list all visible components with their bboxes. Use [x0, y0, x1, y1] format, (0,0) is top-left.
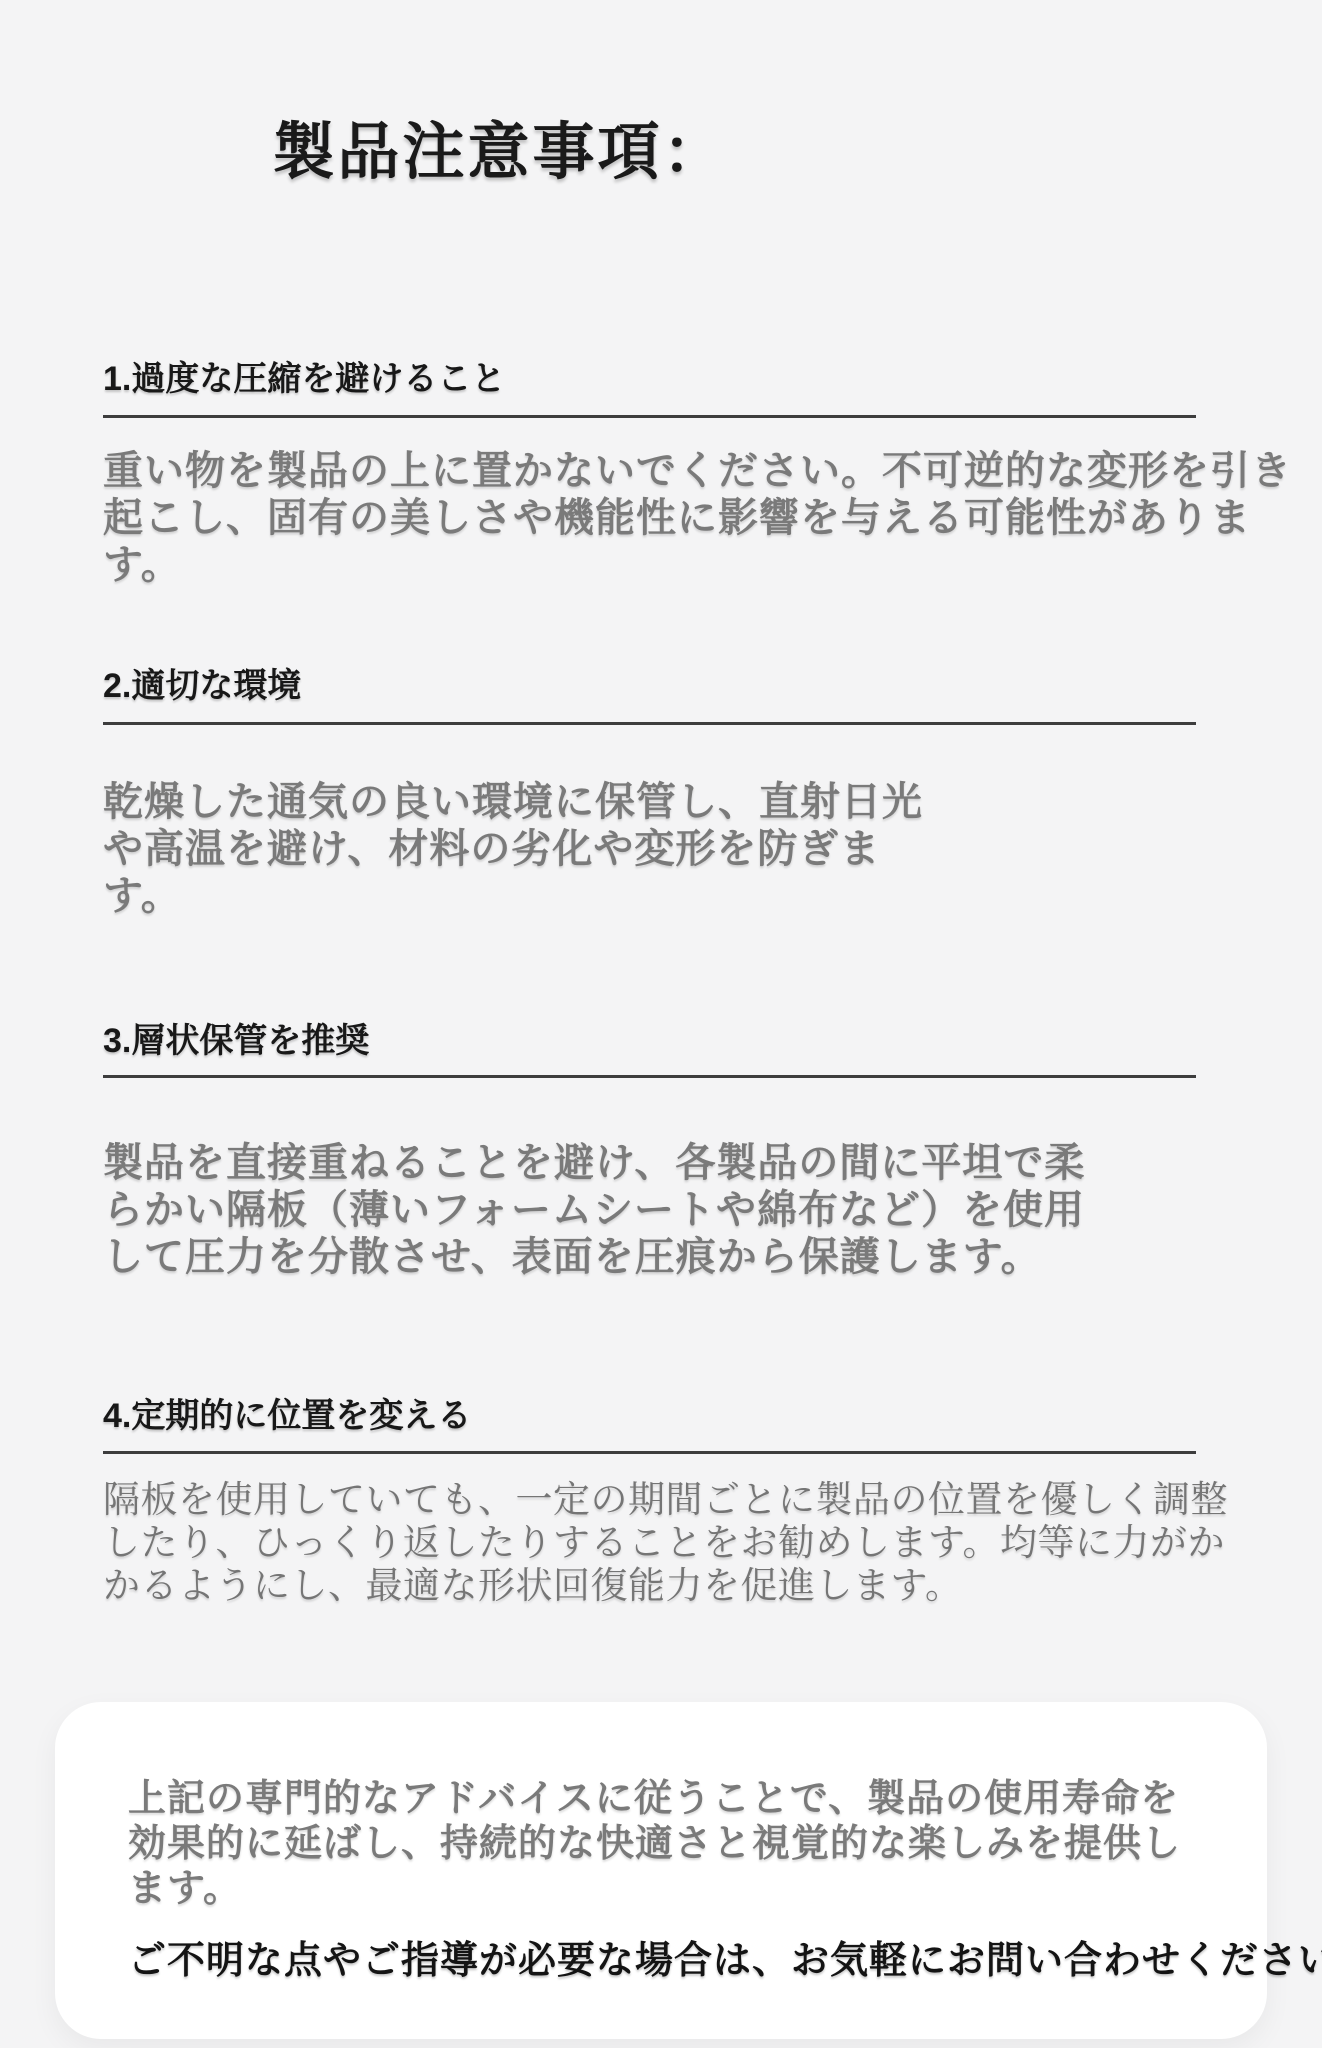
- section-1-heading: 1.過度な圧縮を避けること: [103, 357, 1196, 401]
- section-proper-environment: 2.適切な環境 乾燥した通気の良い環境に保管し、直射日光や高温を避け、材料の劣化…: [103, 664, 1196, 920]
- footer-advice-card: 上記の専門的なアドバイスに従うことで、製品の使用寿命を効果的に延ばし、持続的な快…: [55, 1702, 1267, 2039]
- footer-summary-text: 上記の専門的なアドバイスに従うことで、製品の使用寿命を効果的に延ばし、持続的な快…: [128, 1777, 1188, 1912]
- section-4-divider: [103, 1451, 1196, 1454]
- section-avoid-compression: 1.過度な圧縮を避けること 重い物を製品の上に置かないでください。不可逆的な変形…: [103, 357, 1196, 589]
- section-reposition-periodically: 4.定期的に位置を変える 隔板を使用していても、一定の期間ごとに製品の位置を優し…: [103, 1394, 1196, 1607]
- section-layered-storage: 3.層状保管を推奨 製品を直接重ねることを避け、各製品の間に平坦で柔らかい隔板（…: [103, 1019, 1196, 1281]
- page-title: 製品注意事項：: [0, 108, 1000, 198]
- section-2-divider: [103, 722, 1196, 725]
- section-1-body: 重い物を製品の上に置かないでください。不可逆的な変形を引き起こし、固有の美しさや…: [103, 448, 1303, 589]
- section-2-heading: 2.適切な環境: [103, 664, 1196, 708]
- section-3-heading: 3.層状保管を推奨: [103, 1019, 1196, 1063]
- section-2-body: 乾燥した通気の良い環境に保管し、直射日光や高温を避け、材料の劣化や変形を防ぎます…: [103, 779, 953, 920]
- footer-contact-text: ご不明な点やご指導が必要な場合は、お気軽にお問い合わせください。: [128, 1939, 1267, 1984]
- section-4-heading: 4.定期的に位置を変える: [103, 1394, 1196, 1438]
- section-3-body: 製品を直接重ねることを避け、各製品の間に平坦で柔らかい隔板（薄いフォームシートや…: [103, 1140, 1103, 1281]
- section-4-body: 隔板を使用していても、一定の期間ごとに製品の位置を優しく調整したり、ひっくり返し…: [103, 1478, 1253, 1607]
- product-notice-page: 製品注意事項： 1.過度な圧縮を避けること 重い物を製品の上に置かないでください…: [0, 0, 1322, 2048]
- section-1-divider: [103, 415, 1196, 418]
- section-3-divider: [103, 1075, 1196, 1078]
